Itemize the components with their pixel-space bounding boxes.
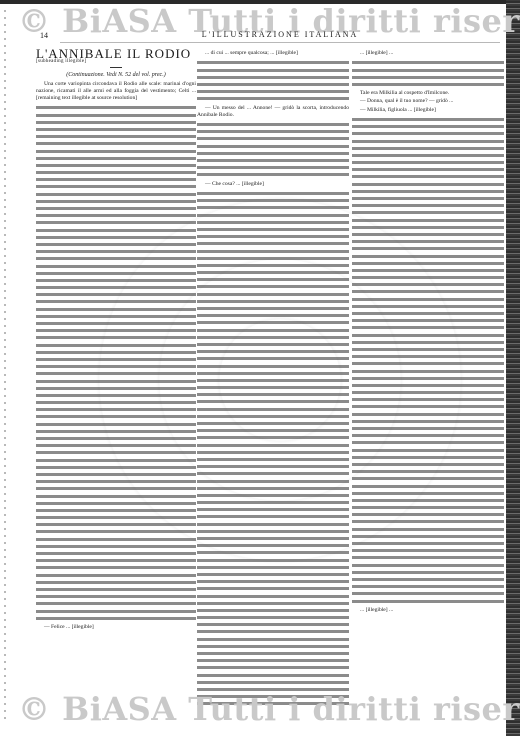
continuation-note: (Continuazione. Vedi N. 52 del vol. prec… <box>36 72 196 79</box>
paragraph: Una corte variopinta circondava il Rodio… <box>36 81 196 103</box>
article-title: L'ANNIBALE IL RODIO <box>36 50 196 57</box>
illegible-text-block <box>36 106 196 619</box>
illegible-text-block <box>197 61 349 100</box>
paragraph: — Donna, qual è il tuo nome? — gridò ... <box>352 98 504 105</box>
column-left: L'ANNIBALE IL RODIO [subheading illegibl… <box>36 50 196 632</box>
paragraph: ... [illegible] ... <box>352 50 504 57</box>
header-rule <box>60 42 500 43</box>
paragraph: — Milkilia, figliuola ... [illegible] <box>352 107 504 114</box>
illegible-text-block <box>197 192 349 705</box>
paragraph: — Un messo del ... Annone! — gridò la sc… <box>197 105 349 119</box>
running-head: L'ILLUSTRAZIONE ITALIANA <box>200 30 360 39</box>
binding-edge-dots <box>4 10 6 720</box>
scan-edge-strip <box>506 0 520 736</box>
paragraph: — Che cosa? ... [illegible] <box>197 181 349 188</box>
column-right: ... [illegible] ... Tale era Milkilia al… <box>352 50 504 615</box>
illegible-text-block <box>352 61 504 86</box>
paragraph: Tale era Milkilia al cospetto d'Imilcone… <box>352 90 504 97</box>
illegible-text-block <box>352 118 504 603</box>
illegible-text-block <box>197 123 349 176</box>
paragraph: ... [illegible] ... <box>352 607 504 614</box>
column-middle: ... di cui ... sempre qualcosa; ... [ill… <box>197 50 349 710</box>
page-number: 14 <box>40 31 48 40</box>
title-rule <box>110 67 122 68</box>
paragraph: ... di cui ... sempre qualcosa; ... [ill… <box>197 50 349 57</box>
paragraph-end: — Felice ... [illegible] <box>36 624 196 631</box>
watermark-bottom: © BiASA Tutti i diritti riservati <box>18 690 520 728</box>
